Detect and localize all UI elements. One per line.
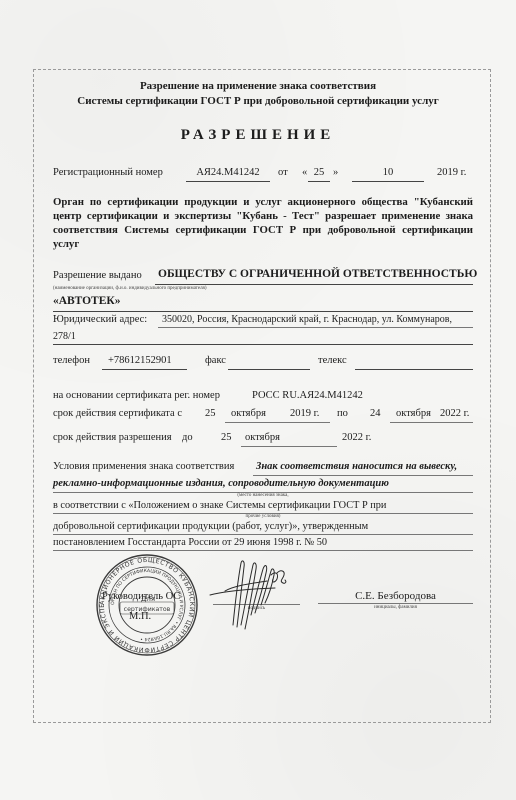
issued-to-value-line2: «АВТОТЕК» (53, 295, 120, 307)
certificate-to-label: по (337, 408, 348, 419)
conditions-value-line1: Знак соответствия наносится на вывеску, (256, 461, 457, 472)
registration-day: 25 (308, 167, 330, 178)
certificate-validity-label: срок действия сертификата с (53, 408, 182, 419)
registration-year: 2019 г. (437, 167, 466, 178)
permit-until-label: до (182, 432, 193, 443)
conditions-line5: постановлением Госстандарта России от 29… (53, 537, 327, 548)
registration-label: Регистрационный номер (53, 167, 163, 178)
issued-to-value-line1: ОБЩЕСТВУ С ОГРАНИЧЕННОЙ ОТВЕТСТВЕННОСТЬЮ (158, 268, 477, 280)
certificate-from-month: октября (231, 408, 266, 419)
document-title: РАЗРЕШЕНИЕ (0, 127, 516, 144)
registration-number-underline (186, 181, 270, 182)
issued-to-line2-underline (53, 311, 473, 312)
registration-month: 10 (352, 167, 424, 178)
conditions-caption2: прочие условия) (53, 514, 473, 519)
certificate-basis-label: на основании сертификата рег. номер (53, 390, 220, 401)
permit-day: 25 (221, 432, 232, 443)
conditions-underline4 (53, 534, 473, 535)
signer-name-underline (318, 603, 473, 604)
legal-address-underline2 (53, 344, 473, 345)
certificate-to-month: октября (396, 408, 431, 419)
registration-month-underline (352, 181, 424, 182)
conditions-label: Условия применения знака соответствия (53, 461, 234, 472)
quote-close: » (333, 167, 338, 178)
conditions-line4: добровольной сертификации продукции (раб… (53, 521, 368, 532)
conditions-underline1 (253, 475, 473, 476)
permit-month-underline (241, 446, 337, 447)
quote-open: « (302, 167, 307, 178)
registration-day-underline (308, 181, 330, 182)
issued-to-underline (155, 284, 473, 285)
stamp-center-line2: сертификатов (124, 606, 171, 613)
from-label: от (278, 167, 288, 178)
certificate-from-year: 2019 г. (290, 408, 319, 419)
conditions-underline5 (53, 550, 473, 551)
handwritten-signature (205, 555, 300, 635)
issued-to-caption: (наименование организации, ф.и.о. индиви… (53, 286, 207, 291)
certificate-to-underline (390, 422, 473, 423)
conditions-value-line2: рекламно-информационные издания, сопрово… (53, 478, 389, 489)
phone-label: телефон (53, 355, 90, 366)
permit-year: 2022 г. (342, 432, 371, 443)
phone-value: +78612152901 (108, 355, 172, 366)
conditions-line3: в соответствии с «Положением о знаке Сис… (53, 500, 386, 511)
permit-validity-label: срок действия разрешения (53, 432, 172, 443)
legal-address-label: Юридический адрес: (53, 314, 147, 325)
telex-underline (355, 369, 473, 370)
permit-month: октября (245, 432, 280, 443)
certificate-to-year: 2022 г. (440, 408, 469, 419)
legal-address-line2: 278/1 (53, 331, 76, 342)
telex-label: телекс (318, 355, 347, 366)
signer-name: С.Е. Безбородова (318, 590, 473, 602)
registration-number: АЯ24.М41242 (186, 167, 270, 178)
signer-name-caption: инициалы, фамилия (318, 605, 473, 610)
legal-address-underline1 (158, 327, 473, 328)
svg-text:ОРГАН ПО СЕРТИФИКАЦИИ ПРОДУКЦИ: ОРГАН ПО СЕРТИФИКАЦИИ ПРОДУКЦИИ И УСЛУГ … (110, 568, 184, 642)
issued-to-label: Разрешение выдано (53, 270, 142, 281)
fax-underline (228, 369, 310, 370)
stamp-inner-text: ОРГАН ПО СЕРТИФИКАЦИИ ПРОДУКЦИИ И УСЛУГ … (110, 568, 184, 642)
certificate-number: РОСС RU.АЯ24.М41242 (252, 390, 363, 401)
certificate-from-underline (225, 422, 330, 423)
certificate-from-day: 25 (205, 408, 216, 419)
header-line-2: Системы сертификации ГОСТ Р при добровол… (0, 95, 516, 107)
phone-underline (102, 369, 187, 370)
conditions-caption1: (место нанесения знака, (53, 493, 473, 498)
organization-stamp: АКЦИОНЕРНОЕ ОБЩЕСТВО КУБАНСКИЙ ЦЕНТР СЕР… (95, 553, 199, 657)
fax-label: факс (205, 355, 226, 366)
legal-address-line1: 350020, Россия, Краснодарский край, г. К… (162, 314, 452, 325)
body-paragraph: Орган по сертификации продукции и услуг … (53, 195, 473, 251)
certificate-to-day: 24 (370, 408, 381, 419)
header-line-1: Разрешение на применение знака соответст… (0, 80, 516, 92)
